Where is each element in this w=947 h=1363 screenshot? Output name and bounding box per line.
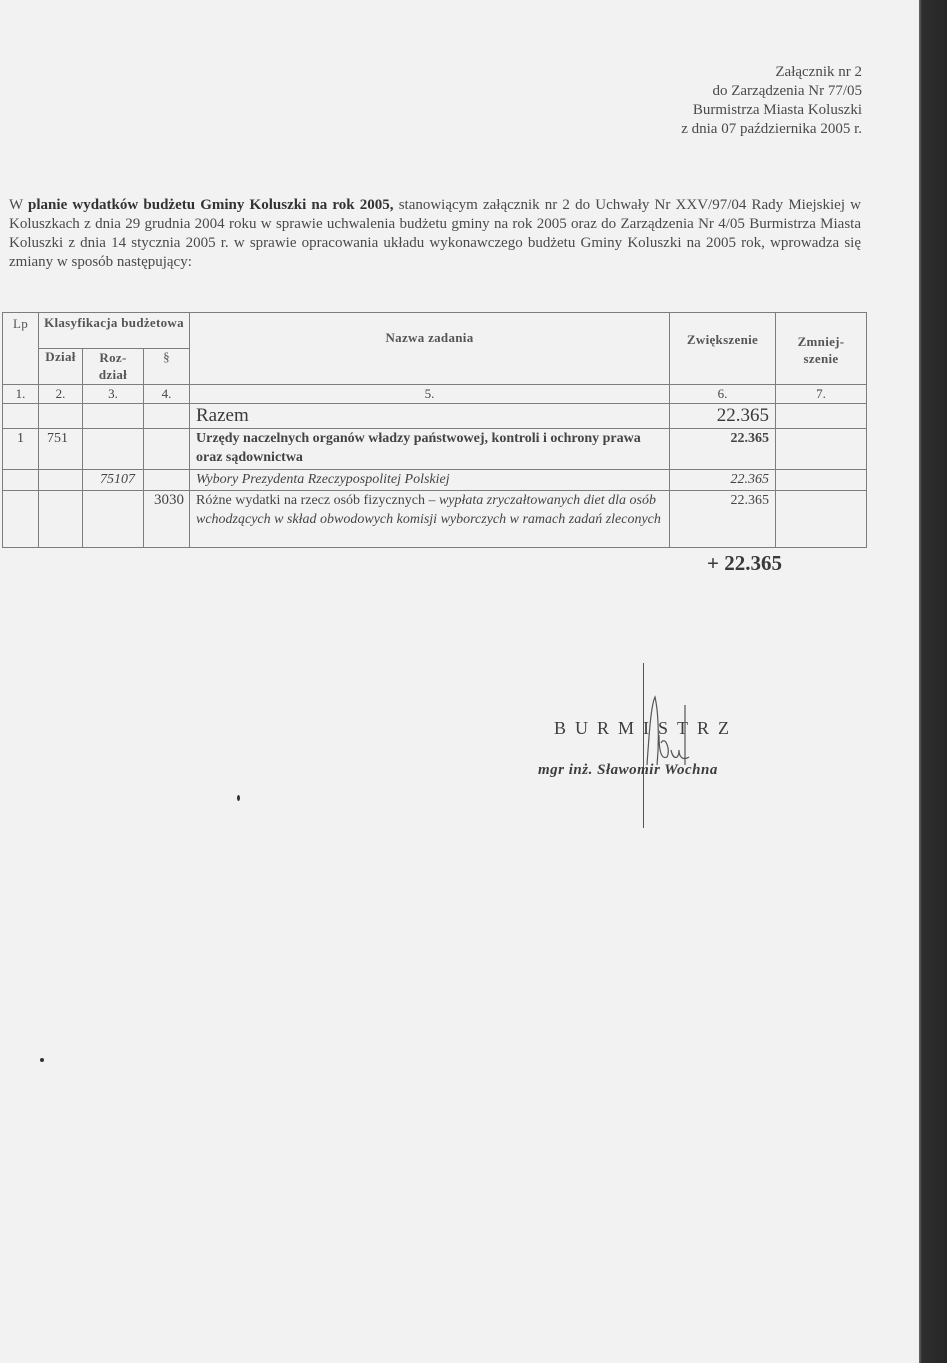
row-dzial bbox=[39, 470, 83, 491]
header-line: Załącznik nr 2 bbox=[681, 63, 862, 82]
colnum: 5. bbox=[190, 385, 670, 404]
colnum: 7. bbox=[776, 385, 867, 404]
row-zwiekszenie: 22.365 bbox=[670, 470, 776, 491]
row-zwiekszenie: 22.365 bbox=[670, 429, 776, 470]
row-paragraf: 3030 bbox=[144, 491, 190, 548]
row-nazwa: Urzędy naczelnych organów władzy państwo… bbox=[190, 429, 670, 470]
column-number-row: 1. 2. 3. 4. 5. 6. 7. bbox=[3, 385, 867, 404]
empty-cell bbox=[3, 404, 39, 429]
scan-speck bbox=[40, 1058, 44, 1062]
row-rozdzial bbox=[83, 429, 144, 470]
document-page: Załącznik nr 2 do Zarządzenia Nr 77/05 B… bbox=[0, 0, 919, 1363]
header-line: Burmistrza Miasta Koluszki bbox=[681, 101, 862, 120]
row-rozdzial: 75107 bbox=[83, 470, 144, 491]
header-lp: Lp bbox=[3, 313, 39, 385]
scan-speck bbox=[237, 795, 240, 801]
empty-cell bbox=[39, 404, 83, 429]
row-lp bbox=[3, 470, 39, 491]
header-rozdzial: Roz- dział bbox=[83, 349, 144, 385]
row-zwiekszenie: 22.365 bbox=[670, 491, 776, 548]
row-zmniejszenie bbox=[776, 491, 867, 548]
razem-row: Razem 22.365 bbox=[3, 404, 867, 429]
table-row: 75107 Wybory Prezydenta Rzeczypospolitej… bbox=[3, 470, 867, 491]
header-zmniejszenie: Zmniej- szenie bbox=[776, 313, 867, 385]
razem-label: Razem bbox=[190, 404, 670, 429]
razem-zwiekszenie: 22.365 bbox=[670, 404, 776, 429]
budget-table: Lp Klasyfikacja budżetowa Nazwa zadania … bbox=[2, 312, 867, 548]
stamp-line bbox=[643, 663, 644, 828]
header-zwiekszenie: Zwiększenie bbox=[670, 313, 776, 385]
colnum: 2. bbox=[39, 385, 83, 404]
total-change: + 22.365 bbox=[707, 551, 782, 576]
intro-bold: planie wydatków budżetu Gminy Koluszki n… bbox=[28, 197, 393, 213]
row-nazwa: Różne wydatki na rzecz osób fizycznych –… bbox=[190, 491, 670, 548]
row-paragraf bbox=[144, 429, 190, 470]
table-row: 1 751 Urzędy naczelnych organów władzy p… bbox=[3, 429, 867, 470]
colnum: 1. bbox=[3, 385, 39, 404]
row-zmniejszenie bbox=[776, 429, 867, 470]
table-row: 3030 Różne wydatki na rzecz osób fizyczn… bbox=[3, 491, 867, 548]
row-dzial: 751 bbox=[39, 429, 83, 470]
colnum: 6. bbox=[670, 385, 776, 404]
header-paragraf: § bbox=[144, 349, 190, 385]
row-paragraf bbox=[144, 470, 190, 491]
header-line: do Zarządzenia Nr 77/05 bbox=[681, 82, 862, 101]
row-zmniejszenie bbox=[776, 470, 867, 491]
razem-zmniejszenie bbox=[776, 404, 867, 429]
row-nazwa-regular: Różne wydatki na rzecz osób fizycznych – bbox=[196, 493, 439, 508]
header-nazwa: Nazwa zadania bbox=[190, 313, 670, 385]
row-rozdzial bbox=[83, 491, 144, 548]
header-line: z dnia 07 października 2005 r. bbox=[681, 120, 862, 139]
row-dzial bbox=[39, 491, 83, 548]
intro-prefix: W bbox=[9, 197, 28, 213]
empty-cell bbox=[144, 404, 190, 429]
header-dzial: Dział bbox=[39, 349, 83, 385]
colnum: 3. bbox=[83, 385, 144, 404]
header-klasyfikacja: Klasyfikacja budżetowa bbox=[39, 313, 190, 349]
empty-cell bbox=[83, 404, 144, 429]
intro-paragraph: W planie wydatków budżetu Gminy Koluszki… bbox=[9, 196, 861, 272]
header-row: Lp Klasyfikacja budżetowa Nazwa zadania … bbox=[3, 313, 867, 349]
row-lp: 1 bbox=[3, 429, 39, 470]
row-nazwa: Wybory Prezydenta Rzeczypospolitej Polsk… bbox=[190, 470, 670, 491]
handwritten-signature-icon bbox=[645, 695, 715, 770]
scan-dark-edge bbox=[919, 0, 947, 1363]
row-lp bbox=[3, 491, 39, 548]
attachment-header: Załącznik nr 2 do Zarządzenia Nr 77/05 B… bbox=[681, 63, 862, 139]
colnum: 4. bbox=[144, 385, 190, 404]
